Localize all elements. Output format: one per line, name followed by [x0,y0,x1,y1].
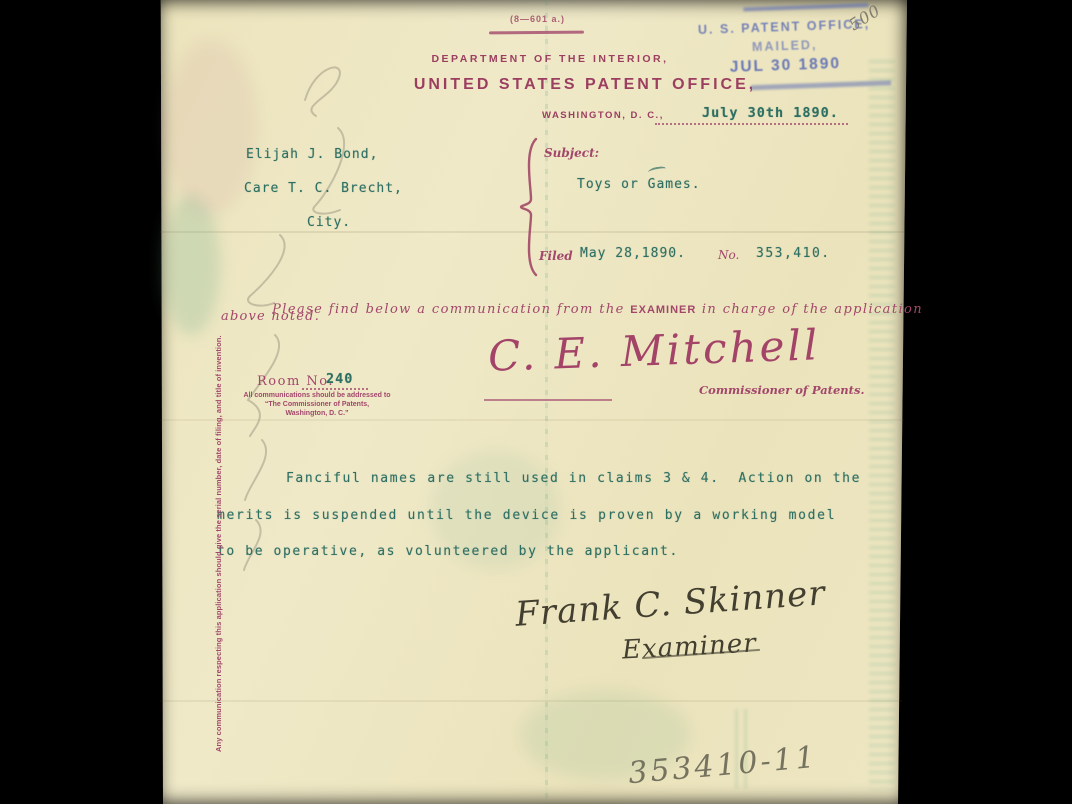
filed-label: Filed [539,249,573,263]
subject-value: Toys or Games. [577,177,701,192]
notice-post: in charge of the application [696,302,923,317]
stamp-line-mailed: MAILED, [690,36,880,57]
stamp-smudge-top [743,3,868,11]
signature-underline [484,399,612,401]
notice-line-2: above noted. [221,309,320,324]
case-number-label: No. [718,248,739,262]
subject-label: Subject: [544,146,599,160]
place-line: WASHINGTON, D. C., [542,110,664,121]
green-speckle-band [869,60,895,790]
case-number-value: 353,410. [756,246,831,261]
notice-pre: Please find below a communication from t… [272,302,630,317]
typed-date: July 30th 1890. [702,105,839,121]
room-number: 240 [326,371,353,387]
body-line-2: merits is suspended until the device is … [217,508,836,523]
body-line-1: Fanciful names are still used in claims … [286,471,861,486]
margin-instruction: Any communication respecting this applic… [214,322,223,752]
room-note-line-2: “The Commissioner of Patents, [232,400,402,409]
form-number: (8—601 a.) [480,14,595,24]
scan-background: (8—601 a.) DEPARTMENT OF THE INTERIOR, U… [0,0,1072,804]
filed-date: May 28,1890. [580,246,686,261]
recipient-line-2: Care T. C. Brecht, [244,181,403,196]
notice-line-1: Please find below a communication from t… [250,287,923,332]
commissioner-title: Commissioner of Patents. [699,383,864,397]
green-stain [162,195,220,335]
recipient-line-3: City. [307,215,351,230]
horizontal-crease [160,700,902,702]
room-note: All communications should be addressed t… [232,391,402,418]
stamp-smudge-bottom [751,80,891,90]
notice-emphasis: EXAMINER [630,304,696,316]
recipient-line-1: Elijah J. Bond, [246,147,378,162]
body-line-3: to be operative, as volunteered by the a… [217,544,679,559]
room-note-line-3: Washington, D. C.” [232,409,402,418]
stamp-line-date: JUL 30 1890 [690,54,881,79]
department-line: DEPARTMENT OF THE INTERIOR, [400,53,700,65]
room-note-line-1: All communications should be addressed t… [232,391,402,400]
